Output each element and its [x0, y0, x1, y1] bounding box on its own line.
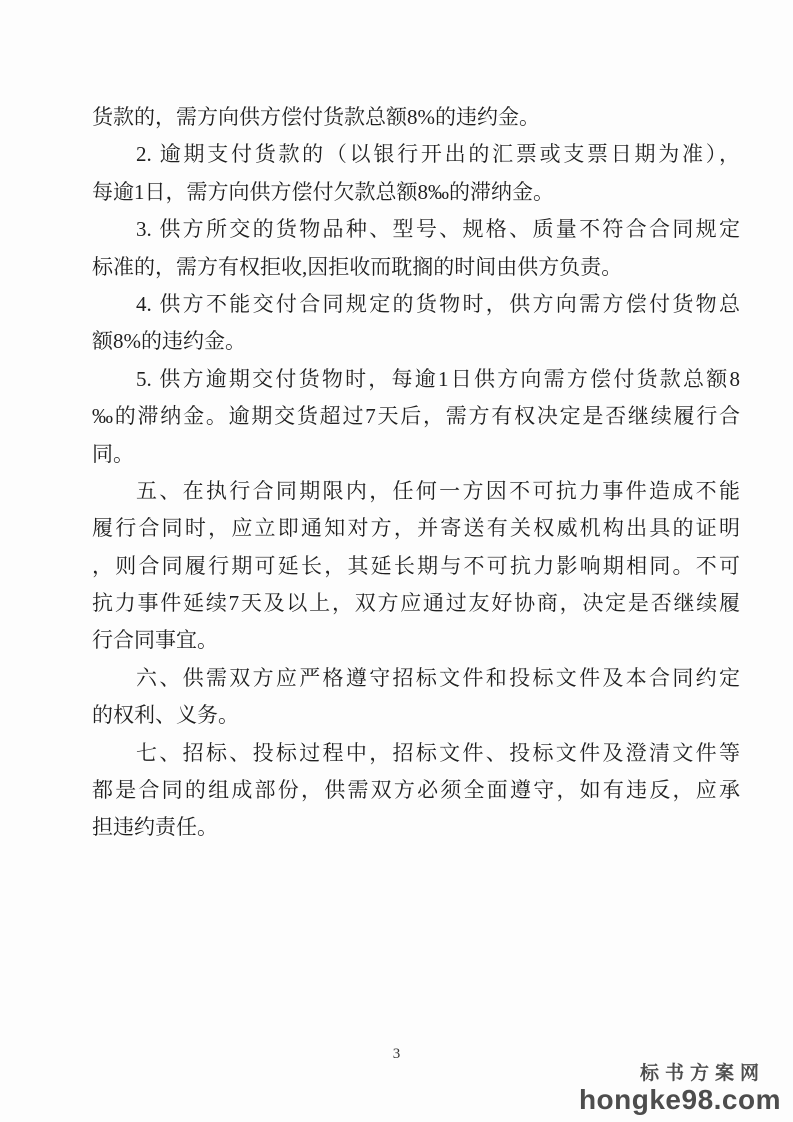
watermark: 标书方案网 hongke98.com — [579, 1064, 781, 1114]
text-line: 同。 — [92, 436, 740, 473]
text-line: ，则合同履行期可延长，其延长期与不可抗力影响期相同。不可 — [92, 548, 740, 585]
text-line: 每逾1日，需方向供方偿付欠款总额8‰的滞纳金。 — [92, 174, 740, 211]
text-line: 七、招标、投标过程中，招标文件、投标文件及澄清文件等 — [92, 735, 740, 772]
text-line: 额8%的违约金。 — [92, 323, 740, 360]
text-line: 5. 供方逾期交付货物时，每逾1日供方向需方偿付货款总额8 — [92, 361, 740, 398]
document-page: 货款的，需方向供方偿付货款总额8%的违约金。 2. 逾期支付货款的（以银行开出的… — [0, 0, 793, 1122]
text-line: 履行合同时，应立即通知对方，并寄送有关权威机构出具的证明 — [92, 510, 740, 547]
text-line: 的权利、义务。 — [92, 697, 740, 734]
text-line: ‰的滞纳金。逾期交货超过7天后，需方有权决定是否继续履行合 — [92, 398, 740, 435]
text-line: 抗力事件延续7天及以上，双方应通过友好协商，决定是否继续履 — [92, 585, 740, 622]
text-line: 行合同事宜。 — [92, 622, 740, 659]
page-number: 3 — [0, 1046, 793, 1063]
text-line: 六、供需双方应严格遵守招标文件和投标文件及本合同约定 — [92, 660, 740, 697]
text-line: 2. 逾期支付货款的（以银行开出的汇票或支票日期为准）， — [92, 136, 740, 173]
contract-text: 货款的，需方向供方偿付货款总额8%的违约金。 2. 逾期支付货款的（以银行开出的… — [92, 99, 740, 847]
text-line: 3. 供方所交的货物品种、型号、规格、质量不符合合同规定 — [92, 211, 740, 248]
watermark-site-name: 标书方案网 — [579, 1064, 781, 1085]
text-line: 都是合同的组成部份，供需双方必须全面遵守，如有违反，应承 — [92, 772, 740, 809]
text-line: 五、在执行合同期限内，任何一方因不可抗力事件造成不能 — [92, 473, 740, 510]
text-line: 4. 供方不能交付合同规定的货物时，供方向需方偿付货物总 — [92, 286, 740, 323]
text-line: 标准的，需方有权拒收,因拒收而耽搁的时间由供方负责。 — [92, 249, 740, 286]
watermark-site-url: hongke98.com — [579, 1085, 781, 1114]
text-line: 担违约责任。 — [92, 809, 740, 846]
text-line: 货款的，需方向供方偿付货款总额8%的违约金。 — [92, 99, 740, 136]
